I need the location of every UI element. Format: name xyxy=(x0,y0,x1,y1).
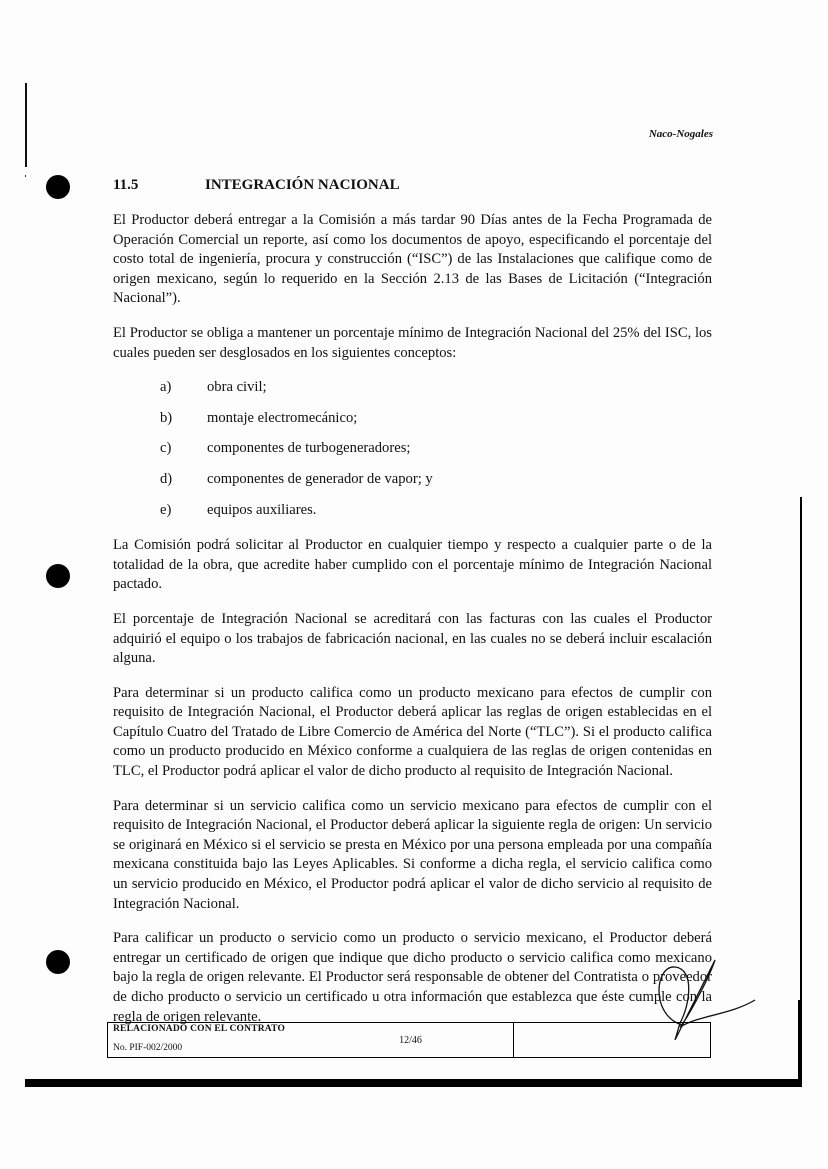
list-text: montaje electromecánico; xyxy=(207,409,357,429)
list-text: componentes de turbogeneradores; xyxy=(207,439,410,459)
list-letter: d) xyxy=(160,470,207,490)
paragraph: La Comisión podrá solicitar al Productor… xyxy=(113,536,712,595)
paragraph: El Productor se obliga a mantener un por… xyxy=(113,324,712,363)
list-letter: b) xyxy=(160,409,207,429)
contract-label: RELACIONADO CON EL CONTRATO xyxy=(113,1024,285,1034)
scan-artifact-line xyxy=(800,497,802,1057)
scan-artifact-border xyxy=(25,1079,802,1087)
list-letter: e) xyxy=(160,501,207,521)
section-heading: 11.5 INTEGRACIÓN NACIONAL xyxy=(113,177,400,194)
punch-hole xyxy=(46,564,70,588)
section-title: INTEGRACIÓN NACIONAL xyxy=(205,177,400,194)
paragraph: Para determinar si un producto califica … xyxy=(113,684,712,782)
list-item: a)obra civil; xyxy=(113,378,712,398)
footer-page-cell: 12/46 xyxy=(308,1023,513,1057)
running-head: Naco-Nogales xyxy=(649,128,713,140)
scan-artifact-border xyxy=(798,1000,802,1087)
scan-artifact-line xyxy=(25,83,27,167)
scan-artifact-dot xyxy=(25,175,26,177)
footer-signature-cell xyxy=(513,1023,710,1057)
footer-contract-cell: RELACIONADO CON EL CONTRATO No. PIF-002/… xyxy=(108,1023,308,1057)
punch-hole xyxy=(46,175,70,199)
paragraph: Para determinar si un servicio califica … xyxy=(113,797,712,915)
paragraph: El porcentaje de Integración Nacional se… xyxy=(113,610,712,669)
list-text: componentes de generador de vapor; y xyxy=(207,470,433,490)
list-letter: c) xyxy=(160,439,207,459)
footer-table: RELACIONADO CON EL CONTRATO No. PIF-002/… xyxy=(107,1022,711,1058)
list-item: e)equipos auxiliares. xyxy=(113,501,712,521)
list-item: d)componentes de generador de vapor; y xyxy=(113,470,712,490)
section-number: 11.5 xyxy=(113,177,205,194)
list-item: c)componentes de turbogeneradores; xyxy=(113,439,712,459)
punch-hole xyxy=(46,950,70,974)
document-body: El Productor deberá entregar a la Comisi… xyxy=(113,211,712,1042)
paragraph: Para calificar un producto o servicio co… xyxy=(113,929,712,1027)
list-text: equipos auxiliares. xyxy=(207,501,316,521)
page-number: 12/46 xyxy=(399,1035,422,1046)
list-text: obra civil; xyxy=(207,378,267,398)
list-letter: a) xyxy=(160,378,207,398)
contract-number: No. PIF-002/2000 xyxy=(113,1043,182,1053)
paragraph: El Productor deberá entregar a la Comisi… xyxy=(113,211,712,309)
concept-list: a)obra civil; b)montaje electromecánico;… xyxy=(113,378,712,520)
list-item: b)montaje electromecánico; xyxy=(113,409,712,429)
